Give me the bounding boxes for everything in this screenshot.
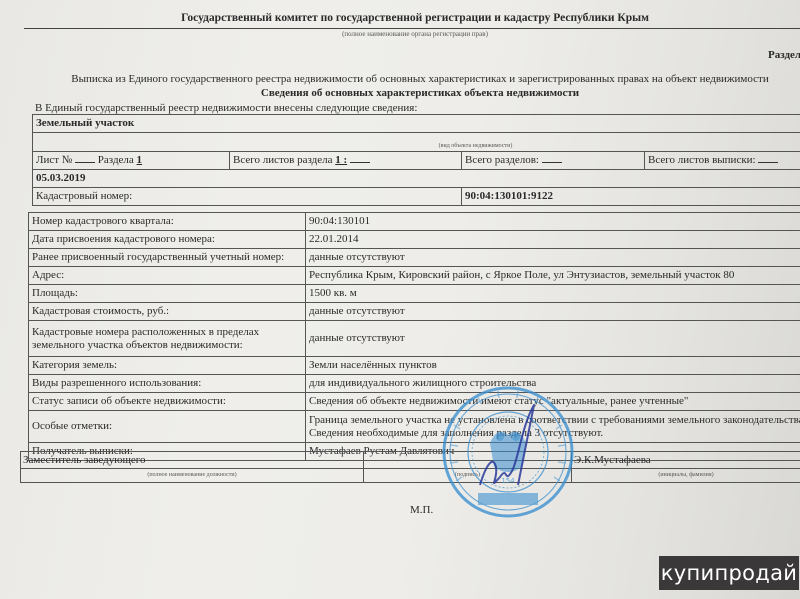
table-row: Номер кадастрового квартала:90:04:130101 [29, 213, 800, 231]
object-type-caption: (вид объекта недвижимости) [33, 133, 800, 151]
signature-caption-row: (полное наименование должности) (подпись… [21, 469, 800, 483]
row-value: 90:04:130101 [306, 213, 800, 230]
row-label: Категория земель: [29, 357, 306, 374]
row-value: данные отсутствуют [306, 249, 800, 266]
organization-name: Государственный комитет по государственн… [30, 12, 800, 24]
total-sheets-section-cell: Всего листов раздела 1 : [230, 152, 462, 169]
total-sheets-extract-blank [758, 154, 778, 163]
table-row: Ранее присвоенный государственный учетны… [29, 249, 800, 267]
table-row: Дата присвоения кадастрового номера:22.0… [29, 231, 800, 249]
watermark-logo: купипродай [659, 556, 799, 590]
table-row: Площадь:1500 кв. м [29, 285, 800, 303]
table-row: Статус записи об объекте недвижимости:Св… [29, 393, 800, 411]
table-row: Кадастровые номера расположенных в преде… [29, 321, 800, 357]
sheet-no-blank [75, 154, 95, 163]
object-type-caption-row: (вид объекта недвижимости) [33, 133, 800, 152]
row-label: Статус записи об объекте недвижимости: [29, 393, 306, 410]
svg-text:154: 154 [501, 477, 515, 485]
intro-text: В Единый государственный реестр недвижим… [35, 102, 417, 114]
total-sheets-section-label: Всего листов раздела [233, 154, 332, 166]
row-value: 22.01.2014 [306, 231, 800, 248]
cadastral-number-row: Кадастровый номер: 90:04:130101:9122 [33, 188, 800, 206]
signature-main-row: Заместитель заведующего Э.К.Мустафаева [21, 452, 800, 469]
object-type-row: Земельный участок [33, 115, 800, 133]
row-label: Виды разрешенного использования: [29, 375, 306, 392]
row-value: данные отсутствуют [306, 321, 800, 356]
table-row: Особые отметки: Граница земельного участ… [29, 411, 800, 443]
section-number: 1 [137, 154, 143, 166]
sheet-number-cell: Лист № Раздела 1 [33, 152, 230, 169]
row-label: Адрес: [29, 267, 306, 284]
object-header-table: Земельный участок (вид объекта недвижимо… [32, 114, 800, 206]
table-row: Кадастровая стоимость, руб.:данные отсут… [29, 303, 800, 321]
extract-subtitle: Сведения об основных характеристиках объ… [40, 87, 800, 99]
table-row: Категория земель:Земли населённых пункто… [29, 357, 800, 375]
total-sections-cell: Всего разделов: [462, 152, 645, 169]
date-row: 05.03.2019 [33, 170, 800, 188]
row-value: 1500 кв. м [306, 285, 800, 302]
object-type: Земельный участок [33, 115, 800, 132]
row-label: Кадастровые номера расположенных в преде… [29, 321, 306, 356]
row-value: Республика Крым, Кировский район, с Ярко… [306, 267, 800, 284]
cadastral-number-label: Кадастровый номер: [33, 188, 462, 205]
signature-table: Заместитель заведующего Э.К.Мустафаева (… [20, 451, 800, 483]
total-sections-blank [542, 154, 562, 163]
organization-caption: (полное наименование органа регистрации … [30, 30, 800, 38]
sheet-info-row: Лист № Раздела 1 Всего листов раздела 1 … [33, 152, 800, 170]
name-caption: (инициалы, фамилия) [572, 469, 800, 482]
table-row: Виды разрешенного использования:для инди… [29, 375, 800, 393]
cadastral-number-value: 90:04:130101:9122 [462, 188, 800, 205]
extract-date: 05.03.2019 [33, 170, 800, 187]
row-label: Площадь: [29, 285, 306, 302]
signer-name: Э.К.Мустафаева [572, 452, 800, 468]
table-row: Адрес:Республика Крым, Кировский район, … [29, 267, 800, 285]
row-label: Кадастровая стоимость, руб.: [29, 303, 306, 320]
characteristics-table: Номер кадастрового квартала:90:04:130101… [28, 212, 800, 461]
section-label: Раздел [768, 49, 800, 61]
seal-label: М.П. [410, 504, 433, 516]
total-sheets-section-blank [350, 154, 370, 163]
signer-position: Заместитель заведующего [21, 452, 364, 468]
row-label: Особые отметки: [29, 411, 306, 442]
row-value: данные отсутствуют [306, 303, 800, 320]
row-value: Земли населённых пунктов [306, 357, 800, 374]
total-sheets-extract-cell: Всего листов выписки: [645, 152, 800, 169]
total-sheets-extract-label: Всего листов выписки: [648, 154, 756, 166]
row-label: Номер кадастрового квартала: [29, 213, 306, 230]
row-label: Дата присвоения кадастрового номера: [29, 231, 306, 248]
organization-underline [24, 28, 800, 29]
section-word: Раздела [98, 154, 134, 166]
official-stamp-icon: 154 [438, 385, 578, 520]
row-label: Ранее присвоенный государственный учетны… [29, 249, 306, 266]
total-sections-label: Всего разделов: [465, 154, 539, 166]
position-caption: (полное наименование должности) [21, 469, 364, 482]
sheet-no-label: Лист № [36, 154, 72, 166]
total-sheets-section-value: 1 : [335, 154, 347, 166]
extract-title: Выписка из Единого государственного реес… [40, 73, 800, 85]
